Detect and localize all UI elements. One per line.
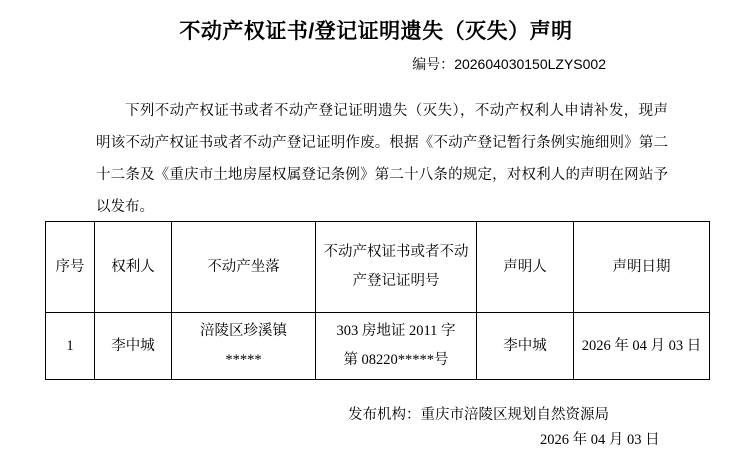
document-page: 不动产权证书/登记证明遗失（灭失）声明 编号：202604030150LZYS0…	[0, 0, 752, 469]
cell-declarant: 李中城	[477, 313, 574, 380]
document-title: 不动产权证书/登记证明遗失（灭失）声明	[0, 15, 752, 45]
declaration-table: 序号 权利人 不动产坐落 不动产权证书或者不动产登记证明号 声明人 声明日期 1…	[45, 221, 710, 380]
header-property-location: 不动产坐落	[172, 222, 316, 313]
cell-certificate-number: 303 房地证 2011 字 第 08220*****号	[316, 313, 477, 380]
issuing-authority-name: 重庆市涪陵区规划自然资源局	[421, 407, 610, 423]
header-declaration-date: 声明日期	[574, 222, 710, 313]
header-declarant: 声明人	[477, 222, 574, 313]
document-number-label: 编号：	[412, 56, 454, 72]
document-number-value: 202604030150LZYS002	[454, 56, 606, 72]
table-row: 1 李中城 涪陵区珍溪镇 ***** 303 房地证 2011 字 第 0822…	[46, 313, 710, 380]
cell-declaration-date: 2026 年 04 月 03 日	[574, 313, 710, 380]
document-number-line: 编号：202604030150LZYS002	[0, 54, 606, 74]
declaration-paragraph: 下列不动产权证书或者不动产登记证明遗失（灭失），不动产权利人申请补发，现声明该不…	[96, 95, 668, 223]
cell-right-holder: 李中城	[95, 313, 172, 380]
issuing-authority-label: 发布机构：	[348, 407, 421, 423]
issuing-authority-line: 发布机构：重庆市涪陵区规划自然资源局	[348, 403, 609, 424]
header-certificate-number: 不动产权证书或者不动产登记证明号	[316, 222, 477, 313]
table-header-row: 序号 权利人 不动产坐落 不动产权证书或者不动产登记证明号 声明人 声明日期	[46, 222, 710, 313]
cell-property-location: 涪陵区珍溪镇 *****	[172, 313, 316, 380]
header-right-holder: 权利人	[95, 222, 172, 313]
cell-serial-number: 1	[46, 313, 95, 380]
header-serial-number: 序号	[46, 222, 95, 313]
publish-date: 2026 年 04 月 03 日	[540, 428, 660, 449]
